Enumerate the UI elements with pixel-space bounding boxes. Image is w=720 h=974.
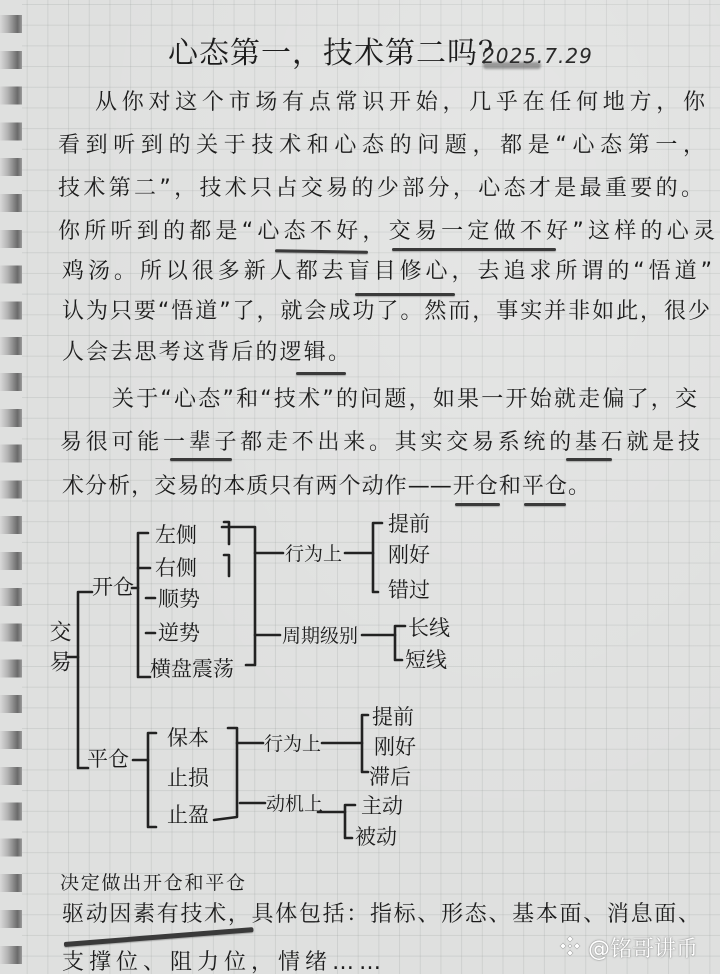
diagram-open-timeframe-option: 长线 [408, 616, 450, 640]
diagram-close-type: 止盈 [167, 803, 209, 827]
footer-line: 支撑位、阻力位，情绪…… [62, 948, 386, 974]
footer-heading: 决定做出开仓和平仓 [60, 868, 245, 898]
diagram-close-motive-option: 主动 [361, 794, 403, 818]
paragraph-line: 术分析，交易的本质只有两个动作——开仓和平仓。 [62, 472, 590, 502]
diagram-open-timeframe-label: 周期级别 [282, 624, 358, 648]
diagram-open-type: 逆势 [158, 621, 200, 645]
diagram-close-motive-option: 被动 [355, 825, 397, 849]
paragraph-line: 你所听到的都是“心态不好，交易一定做不好”这样的心灵 [58, 217, 715, 247]
underline-mark [296, 372, 346, 375]
diagram-open-behavior-option: 提前 [388, 512, 430, 536]
diagram-open-type: 左侧 [155, 523, 197, 547]
paragraph-line: 鸡汤。所以很多新人都去盲目修心，去追求所谓的“悟道” [62, 257, 712, 287]
diagram-close-type: 保本 [167, 726, 209, 750]
diagram-open-behavior-option: 刚好 [388, 543, 430, 567]
watermark-text: @铭哥讲币 [588, 932, 698, 963]
paragraph-line: 关于“心态”和“技术”的问题，如果一开始就走偏了，交 [112, 385, 697, 415]
diagram-open-label: 开仓 [92, 575, 134, 599]
diagram-open-type: 顺势 [158, 587, 200, 611]
watermark: @铭哥讲币 [558, 932, 698, 963]
underline-mark [355, 293, 455, 296]
binance-diamond-icon [558, 934, 582, 962]
diagram-close-type: 止损 [167, 766, 209, 790]
underline-mark [170, 458, 232, 461]
diagram-close-behavior-label: 行为上 [264, 732, 321, 756]
footer-line: 驱动因素有技术，具体包括：指标、形态、基本面、消息面、 [62, 900, 700, 930]
underline-mark [64, 927, 254, 947]
note-date: 2025.7.29 [482, 44, 593, 68]
underline-mark [455, 503, 500, 506]
diagram-close-behavior-option: 滞后 [369, 765, 411, 789]
spiral-binding-holes [0, 0, 22, 974]
diagram-open-behavior-label: 行为上 [285, 542, 342, 566]
diagram-close-behavior-option: 提前 [372, 705, 414, 729]
underline-mark [524, 503, 566, 506]
page-title: 心态第一，技术第二吗？ [168, 28, 509, 72]
paragraph-line: 易很可能一辈子都走不出来。其实交易系统的基石就是技 [60, 428, 700, 458]
diagram-open-timeframe-option: 短线 [405, 648, 447, 672]
paragraph-line: 认为只要“悟道”了，就会成功了。然而，事实并非如此，很少 [62, 297, 710, 327]
diagram-close-behavior-option: 刚好 [374, 735, 416, 759]
notebook-page: 心态第一，技术第二吗？ 2025.7.29 从你对这个市场有点常识开始，几乎在任… [0, 0, 720, 974]
diagram-open-type: 横盘震荡 [150, 657, 234, 681]
underline-mark [392, 248, 556, 251]
diagram-open-behavior-option: 错过 [388, 578, 430, 602]
diagram-root-label: 交易 [46, 620, 70, 680]
diagram-close-label: 平仓 [87, 747, 129, 771]
paragraph-line: 看到听到的关于技术和心态的问题，都是“心态第一， [58, 131, 705, 161]
diagram-close-motive-label: 动机上 [266, 792, 323, 816]
underline-mark [566, 458, 612, 461]
underline-mark [275, 249, 368, 254]
paragraph-line: 从你对这个市场有点常识开始，几乎在任何地方，你 [95, 88, 705, 118]
paragraph-line: 技术第二”，技术只占交易的少部分，心态才是最重要的。 [58, 174, 703, 204]
paragraph-line: 人会去思考这背后的逻辑。 [62, 338, 350, 368]
diagram-open-type: 右侧 [155, 556, 197, 580]
